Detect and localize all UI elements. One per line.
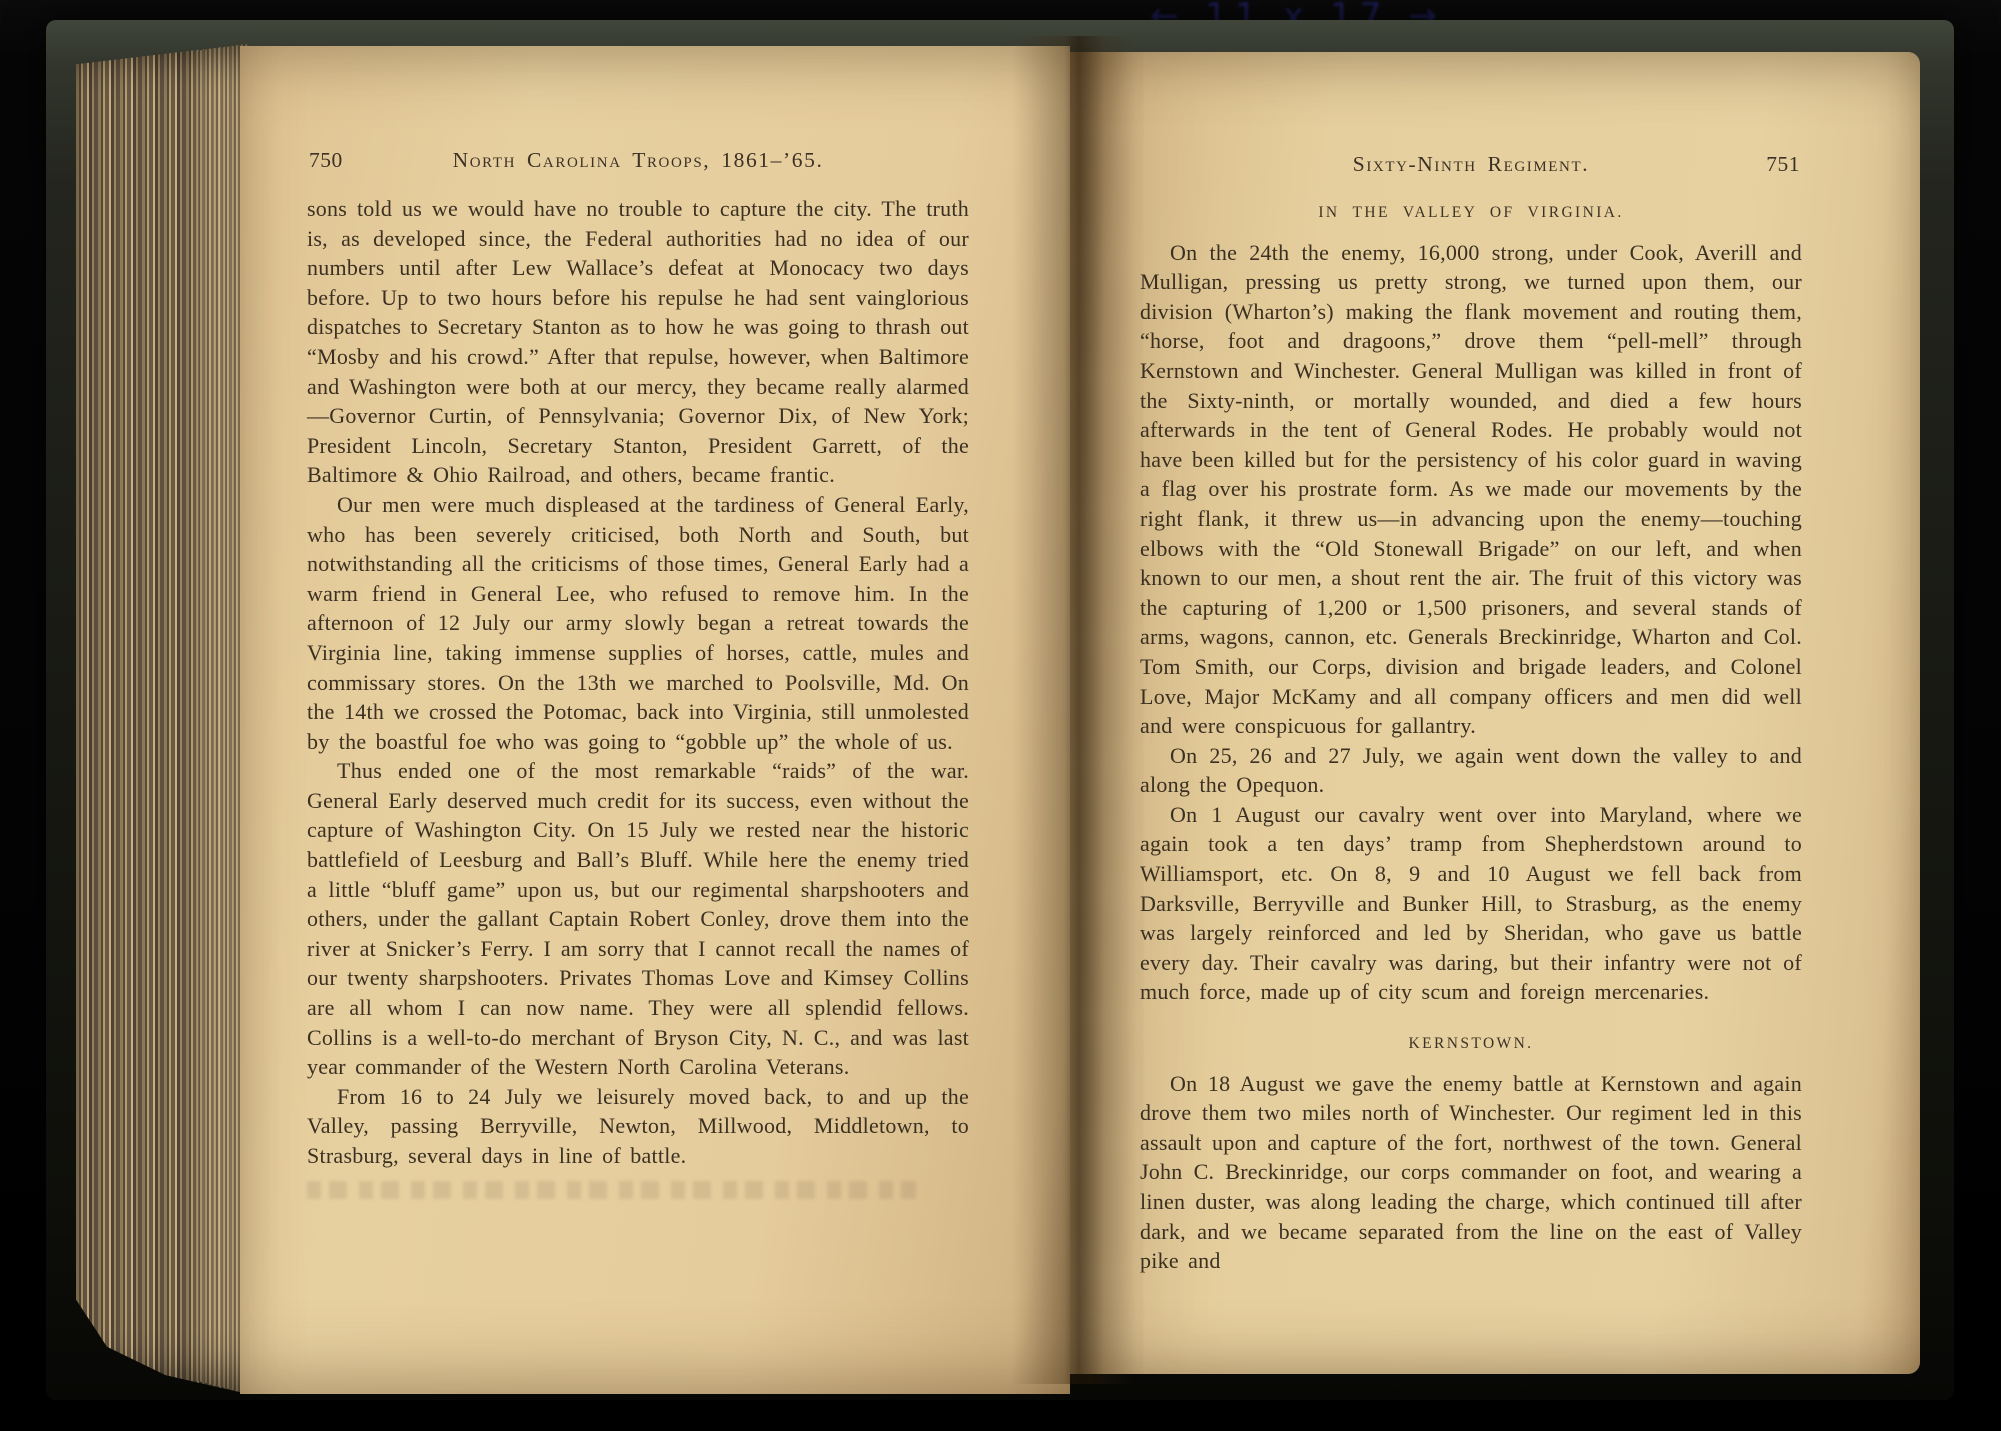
- paragraph: On 1 August our cavalry went over into M…: [1140, 800, 1802, 1007]
- page-body-left: sons told us we would have no trouble to…: [307, 194, 969, 1199]
- page-number-left: 750: [309, 148, 343, 173]
- show-through-smudge: [307, 1181, 916, 1199]
- paragraph: On the 24th the enemy, 16,000 strong, un…: [1140, 238, 1802, 741]
- page-number-right: 751: [1766, 152, 1800, 177]
- page-header-right: Sixty-Ninth Regiment. 751: [1140, 152, 1802, 184]
- page-content-left: 750 North Carolina Troops, 1861–’65. son…: [307, 148, 969, 1199]
- paragraph: Thus ended one of the most remarkable “r…: [307, 756, 969, 1082]
- photo-backdrop: ← 11 x 17 → 750 North Carolina Troops, 1…: [0, 0, 2001, 1431]
- section-heading: KERNSTOWN.: [1140, 1029, 1802, 1059]
- paragraph: On 25, 26 and 27 July, we again went dow…: [1140, 741, 1802, 800]
- paragraph: On 18 August we gave the enemy battle at…: [1140, 1069, 1802, 1276]
- page-content-right: Sixty-Ninth Regiment. 751 IN THE VALLEY …: [1140, 152, 1802, 1276]
- running-head-right: Sixty-Ninth Regiment.: [1140, 152, 1802, 177]
- paragraph: From 16 to 24 July we leisurely moved ba…: [307, 1082, 969, 1171]
- running-head-left: North Carolina Troops, 1861–’65.: [307, 148, 969, 173]
- book-page-right: Sixty-Ninth Regiment. 751 IN THE VALLEY …: [1070, 52, 1920, 1374]
- page-body-right: IN THE VALLEY OF VIRGINIA. On the 24th t…: [1140, 198, 1802, 1276]
- section-heading: IN THE VALLEY OF VIRGINIA.: [1140, 198, 1802, 228]
- page-header-left: 750 North Carolina Troops, 1861–’65.: [307, 148, 969, 180]
- paragraph: sons told us we would have no trouble to…: [307, 194, 969, 490]
- paragraph: Our men were much displeased at the tard…: [307, 490, 969, 756]
- book-page-left: 750 North Carolina Troops, 1861–’65. son…: [240, 46, 1070, 1394]
